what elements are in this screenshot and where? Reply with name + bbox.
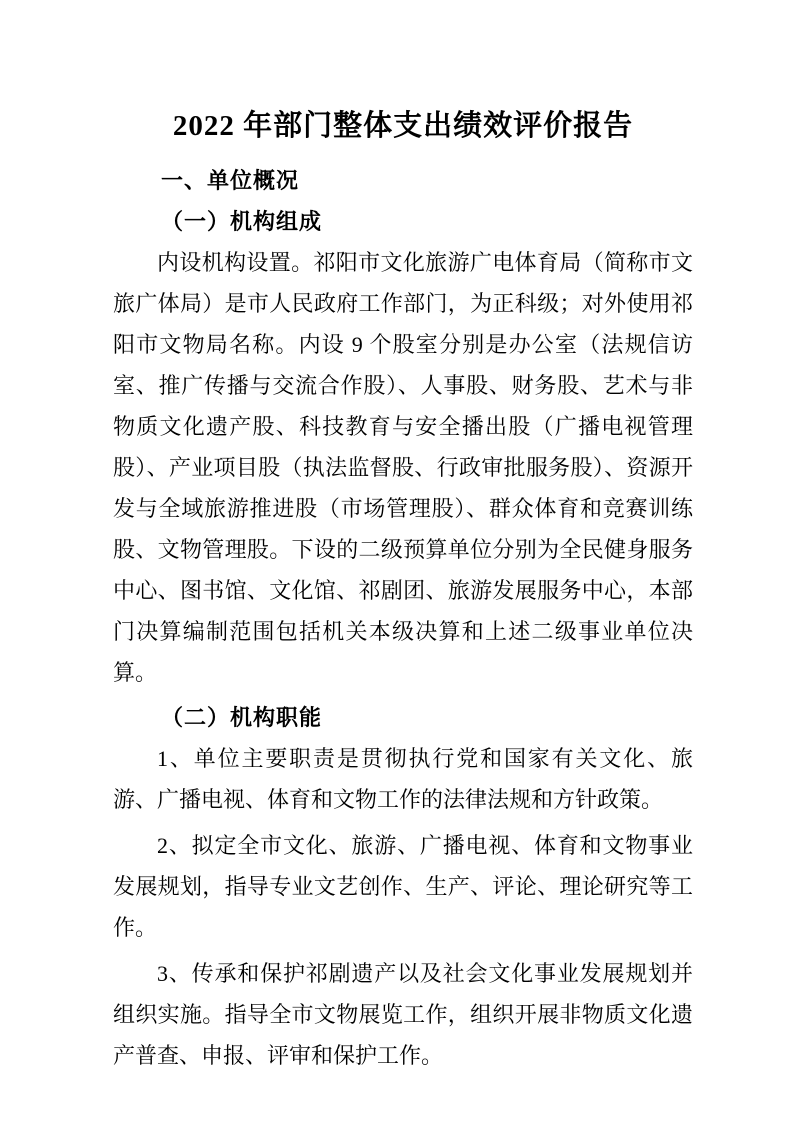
paragraph-function-1: 1、单位主要职责是贯彻执行党和国家有关文化、旅游、广播电视、体育和文物工作的法律…: [113, 738, 693, 820]
heading-org-functions: （二）机构职能: [113, 697, 693, 738]
document-page: 2022 年部门整体支出绩效评价报告 一、单位概况 （一）机构组成 内设机构设置…: [0, 0, 793, 1122]
paragraph-org-composition: 内设机构设置。祁阳市文化旅游广电体育局（简称市文旅广体局）是市人民政府工作部门，…: [113, 242, 693, 693]
heading-org-composition: （一）机构组成: [113, 201, 693, 242]
paragraph-function-2: 2、拟定全市文化、旅游、广播电视、体育和文物事业发展规划，指导专业文艺创作、生产…: [113, 825, 693, 948]
heading-unit-overview: 一、单位概况: [113, 160, 693, 201]
document-title: 2022 年部门整体支出绩效评价报告: [113, 106, 693, 146]
paragraph-function-3: 3、传承和保护祁剧遗产以及社会文化事业发展规划并组织实施。指导全市文物展览工作，…: [113, 953, 693, 1076]
